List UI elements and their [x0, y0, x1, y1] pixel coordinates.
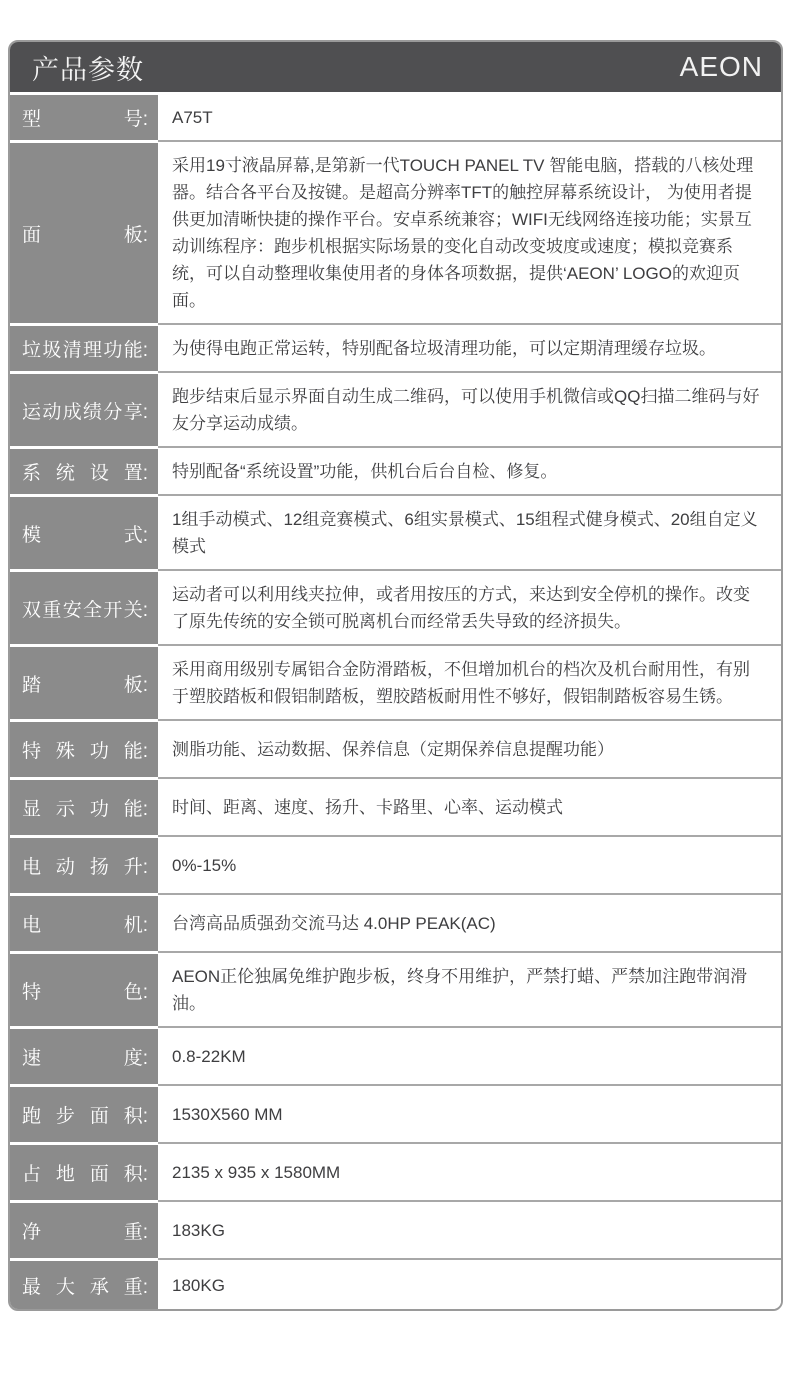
spec-label: 跑步面积:: [10, 1087, 158, 1142]
spec-value-text: A75T: [172, 104, 213, 131]
spec-value: 183KG: [158, 1203, 781, 1258]
spec-label-text: 模式:: [22, 520, 148, 547]
spec-value: 运动者可以利用线夹拉伸，或者用按压的方式，来达到安全停机的操作。改变了原先传统的…: [158, 572, 781, 644]
spec-label-text: 面板:: [22, 220, 148, 247]
spec-label: 双重安全开关:: [10, 572, 158, 644]
spec-row: 特殊功能: 测脂功能、运动数据、保养信息（定期保养信息提醒功能）: [10, 722, 781, 777]
spec-value: 2135 x 935 x 1580MM: [158, 1145, 781, 1200]
spec-row: 系统设置: 特别配备“系统设置”功能，供机台后台自检、修复。: [10, 449, 781, 494]
spec-value-text: 采用19寸液晶屏幕,是第新一代TOUCH PANEL TV 智能电脑，搭载的八核…: [172, 152, 761, 314]
product-spec-sheet: 产品参数 AEON 型号: A75T 面板: 采用19寸液晶屏幕,是第新一代TO…: [0, 40, 790, 1380]
spec-label-text: 最大承重:: [22, 1272, 148, 1299]
spec-label: 垃圾清理功能:: [10, 326, 158, 371]
spec-value: AEON正伦独属免维护跑步板，终身不用维护，严禁打蜡、严禁加注跑带润滑油。: [158, 954, 781, 1026]
spec-label: 模式:: [10, 497, 158, 569]
spec-label: 最大承重:: [10, 1261, 158, 1309]
spec-label-text: 电机:: [22, 910, 148, 937]
spec-label-text: 占地面积:: [22, 1159, 148, 1186]
spec-row: 电动扬升: 0%-15%: [10, 838, 781, 893]
spec-value: 跑步结束后显示界面自动生成二维码，可以使用手机微信或QQ扫描二维码与好友分享运动…: [158, 374, 781, 446]
spec-label-text: 速度:: [22, 1043, 148, 1070]
spec-row: 运动成绩分享: 跑步结束后显示界面自动生成二维码，可以使用手机微信或QQ扫描二维…: [10, 374, 781, 446]
spec-value: 180KG: [158, 1261, 781, 1309]
spec-value: 采用19寸液晶屏幕,是第新一代TOUCH PANEL TV 智能电脑，搭载的八核…: [158, 143, 781, 323]
table-title: 产品参数: [32, 48, 144, 87]
spec-label: 运动成绩分享:: [10, 374, 158, 446]
spec-value-text: 台湾高品质强劲交流马达 4.0HP PEAK(AC): [172, 910, 496, 937]
spec-label: 型号:: [10, 95, 158, 140]
spec-row: 面板: 采用19寸液晶屏幕,是第新一代TOUCH PANEL TV 智能电脑，搭…: [10, 143, 781, 323]
spec-row: 垃圾清理功能: 为使得电跑正常运转，特别配备垃圾清理功能，可以定期清理缓存垃圾。: [10, 326, 781, 371]
spec-label: 特殊功能:: [10, 722, 158, 777]
spec-value: A75T: [158, 95, 781, 140]
spec-label-text: 净重:: [22, 1217, 148, 1244]
spec-label-text: 运动成绩分享:: [22, 397, 148, 424]
spec-label: 面板:: [10, 143, 158, 323]
spec-label: 净重:: [10, 1203, 158, 1258]
spec-value: 采用商用级别专属铝合金防滑踏板，不但增加机台的档次及机台耐用性，有别于塑胶踏板和…: [158, 647, 781, 719]
spec-value-text: 180KG: [172, 1272, 225, 1299]
spec-label: 显示功能:: [10, 780, 158, 835]
spec-label: 踏板:: [10, 647, 158, 719]
spec-label-text: 电动扬升:: [22, 852, 148, 879]
spec-row: 电机: 台湾高品质强劲交流马达 4.0HP PEAK(AC): [10, 896, 781, 951]
spec-value-text: 0%-15%: [172, 852, 236, 879]
spec-value-text: 2135 x 935 x 1580MM: [172, 1159, 340, 1186]
spec-value-text: 1组手动模式、12组竞赛模式、6组实景模式、15组程式健身模式、20组自定义模式: [172, 506, 761, 560]
spec-label-text: 踏板:: [22, 670, 148, 697]
spec-value-text: 时间、距离、速度、扬升、卡路里、心率、运动模式: [172, 794, 563, 821]
spec-table-body: 型号: A75T 面板: 采用19寸液晶屏幕,是第新一代TOUCH PANEL …: [10, 95, 781, 1309]
spec-row: 特色: AEON正伦独属免维护跑步板，终身不用维护，严禁打蜡、严禁加注跑带润滑油…: [10, 954, 781, 1026]
spec-label-text: 双重安全开关:: [22, 595, 148, 622]
spec-row: 速度: 0.8-22KM: [10, 1029, 781, 1084]
spec-row: 踏板: 采用商用级别专属铝合金防滑踏板，不但增加机台的档次及机台耐用性，有别于塑…: [10, 647, 781, 719]
spec-value: 测脂功能、运动数据、保养信息（定期保养信息提醒功能）: [158, 722, 781, 777]
spec-row: 最大承重: 180KG: [10, 1261, 781, 1309]
spec-value-text: 为使得电跑正常运转，特别配备垃圾清理功能，可以定期清理缓存垃圾。: [172, 335, 716, 362]
spec-label-text: 跑步面积:: [22, 1101, 148, 1128]
spec-label: 速度:: [10, 1029, 158, 1084]
spec-value-text: 运动者可以利用线夹拉伸，或者用按压的方式，来达到安全停机的操作。改变了原先传统的…: [172, 581, 761, 635]
spec-table: 产品参数 AEON 型号: A75T 面板: 采用19寸液晶屏幕,是第新一代TO…: [8, 40, 783, 1311]
brand-logo-text: AEON: [680, 51, 763, 83]
spec-value-text: 1530X560 MM: [172, 1101, 283, 1128]
spec-value-text: 跑步结束后显示界面自动生成二维码，可以使用手机微信或QQ扫描二维码与好友分享运动…: [172, 383, 761, 437]
spec-row: 跑步面积: 1530X560 MM: [10, 1087, 781, 1142]
spec-value-text: 特别配备“系统设置”功能，供机台后台自检、修复。: [172, 458, 557, 485]
spec-label: 电动扬升:: [10, 838, 158, 893]
spec-value-text: AEON正伦独属免维护跑步板，终身不用维护，严禁打蜡、严禁加注跑带润滑油。: [172, 963, 761, 1017]
spec-row: 型号: A75T: [10, 95, 781, 140]
spec-value-text: 测脂功能、运动数据、保养信息（定期保养信息提醒功能）: [172, 736, 614, 763]
spec-value: 为使得电跑正常运转，特别配备垃圾清理功能，可以定期清理缓存垃圾。: [158, 326, 781, 371]
spec-value: 0.8-22KM: [158, 1029, 781, 1084]
spec-row: 显示功能: 时间、距离、速度、扬升、卡路里、心率、运动模式: [10, 780, 781, 835]
spec-value: 0%-15%: [158, 838, 781, 893]
spec-label: 特色:: [10, 954, 158, 1026]
spec-value: 特别配备“系统设置”功能，供机台后台自检、修复。: [158, 449, 781, 494]
spec-value-text: 采用商用级别专属铝合金防滑踏板，不但增加机台的档次及机台耐用性，有别于塑胶踏板和…: [172, 656, 761, 710]
spec-value: 台湾高品质强劲交流马达 4.0HP PEAK(AC): [158, 896, 781, 951]
spec-label-text: 型号:: [22, 104, 148, 131]
spec-row: 占地面积: 2135 x 935 x 1580MM: [10, 1145, 781, 1200]
spec-label-text: 特殊功能:: [22, 736, 148, 763]
spec-value: 1组手动模式、12组竞赛模式、6组实景模式、15组程式健身模式、20组自定义模式: [158, 497, 781, 569]
spec-value: 时间、距离、速度、扬升、卡路里、心率、运动模式: [158, 780, 781, 835]
spec-label-text: 垃圾清理功能:: [22, 335, 148, 362]
spec-label-text: 系统设置:: [22, 458, 148, 485]
spec-label: 电机:: [10, 896, 158, 951]
spec-label-text: 显示功能:: [22, 794, 148, 821]
spec-row: 双重安全开关: 运动者可以利用线夹拉伸，或者用按压的方式，来达到安全停机的操作。…: [10, 572, 781, 644]
spec-value: 1530X560 MM: [158, 1087, 781, 1142]
spec-row: 模式: 1组手动模式、12组竞赛模式、6组实景模式、15组程式健身模式、20组自…: [10, 497, 781, 569]
table-header: 产品参数 AEON: [10, 42, 781, 92]
spec-label: 占地面积:: [10, 1145, 158, 1200]
spec-value-text: 0.8-22KM: [172, 1043, 246, 1070]
spec-label-text: 特色:: [22, 977, 148, 1004]
spec-value-text: 183KG: [172, 1217, 225, 1244]
spec-row: 净重: 183KG: [10, 1203, 781, 1258]
spec-label: 系统设置:: [10, 449, 158, 494]
